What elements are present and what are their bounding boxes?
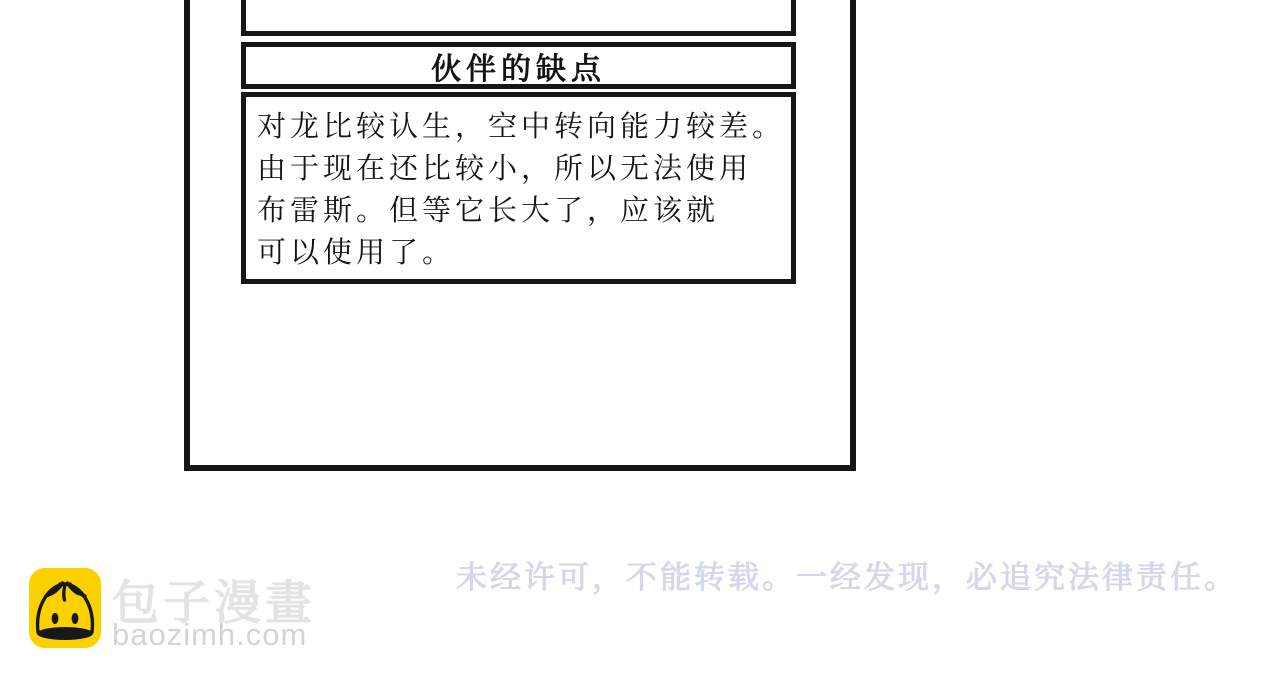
baozi-mascot-icon [29, 635, 101, 648]
copyright-notice: 未经许可，不能转载。一经发现，必追究法律责任。 [456, 552, 1238, 597]
body-line: 可以使用了。 [257, 232, 785, 274]
panel-title: 伙伴的缺点 [431, 44, 606, 88]
panel-title-box: 伙伴的缺点 [241, 42, 796, 89]
panel-body-box: 对龙比较认生，空中转向能力较差。 由于现在还比较小，所以无法使用 布雷斯。但等它… [241, 92, 796, 284]
site-domain: baozimh.com [112, 617, 307, 653]
comic-page: 伙伴的缺点 对龙比较认生，空中转向能力较差。 由于现在还比较小，所以无法使用 布… [0, 0, 1280, 678]
body-line: 布雷斯。但等它长大了，应该就 [257, 190, 785, 232]
body-line: 由于现在还比较小，所以无法使用 [257, 148, 785, 190]
site-logo [29, 568, 101, 648]
panel-top-box [241, 0, 796, 36]
body-line: 对龙比较认生，空中转向能力较差。 [257, 106, 785, 148]
